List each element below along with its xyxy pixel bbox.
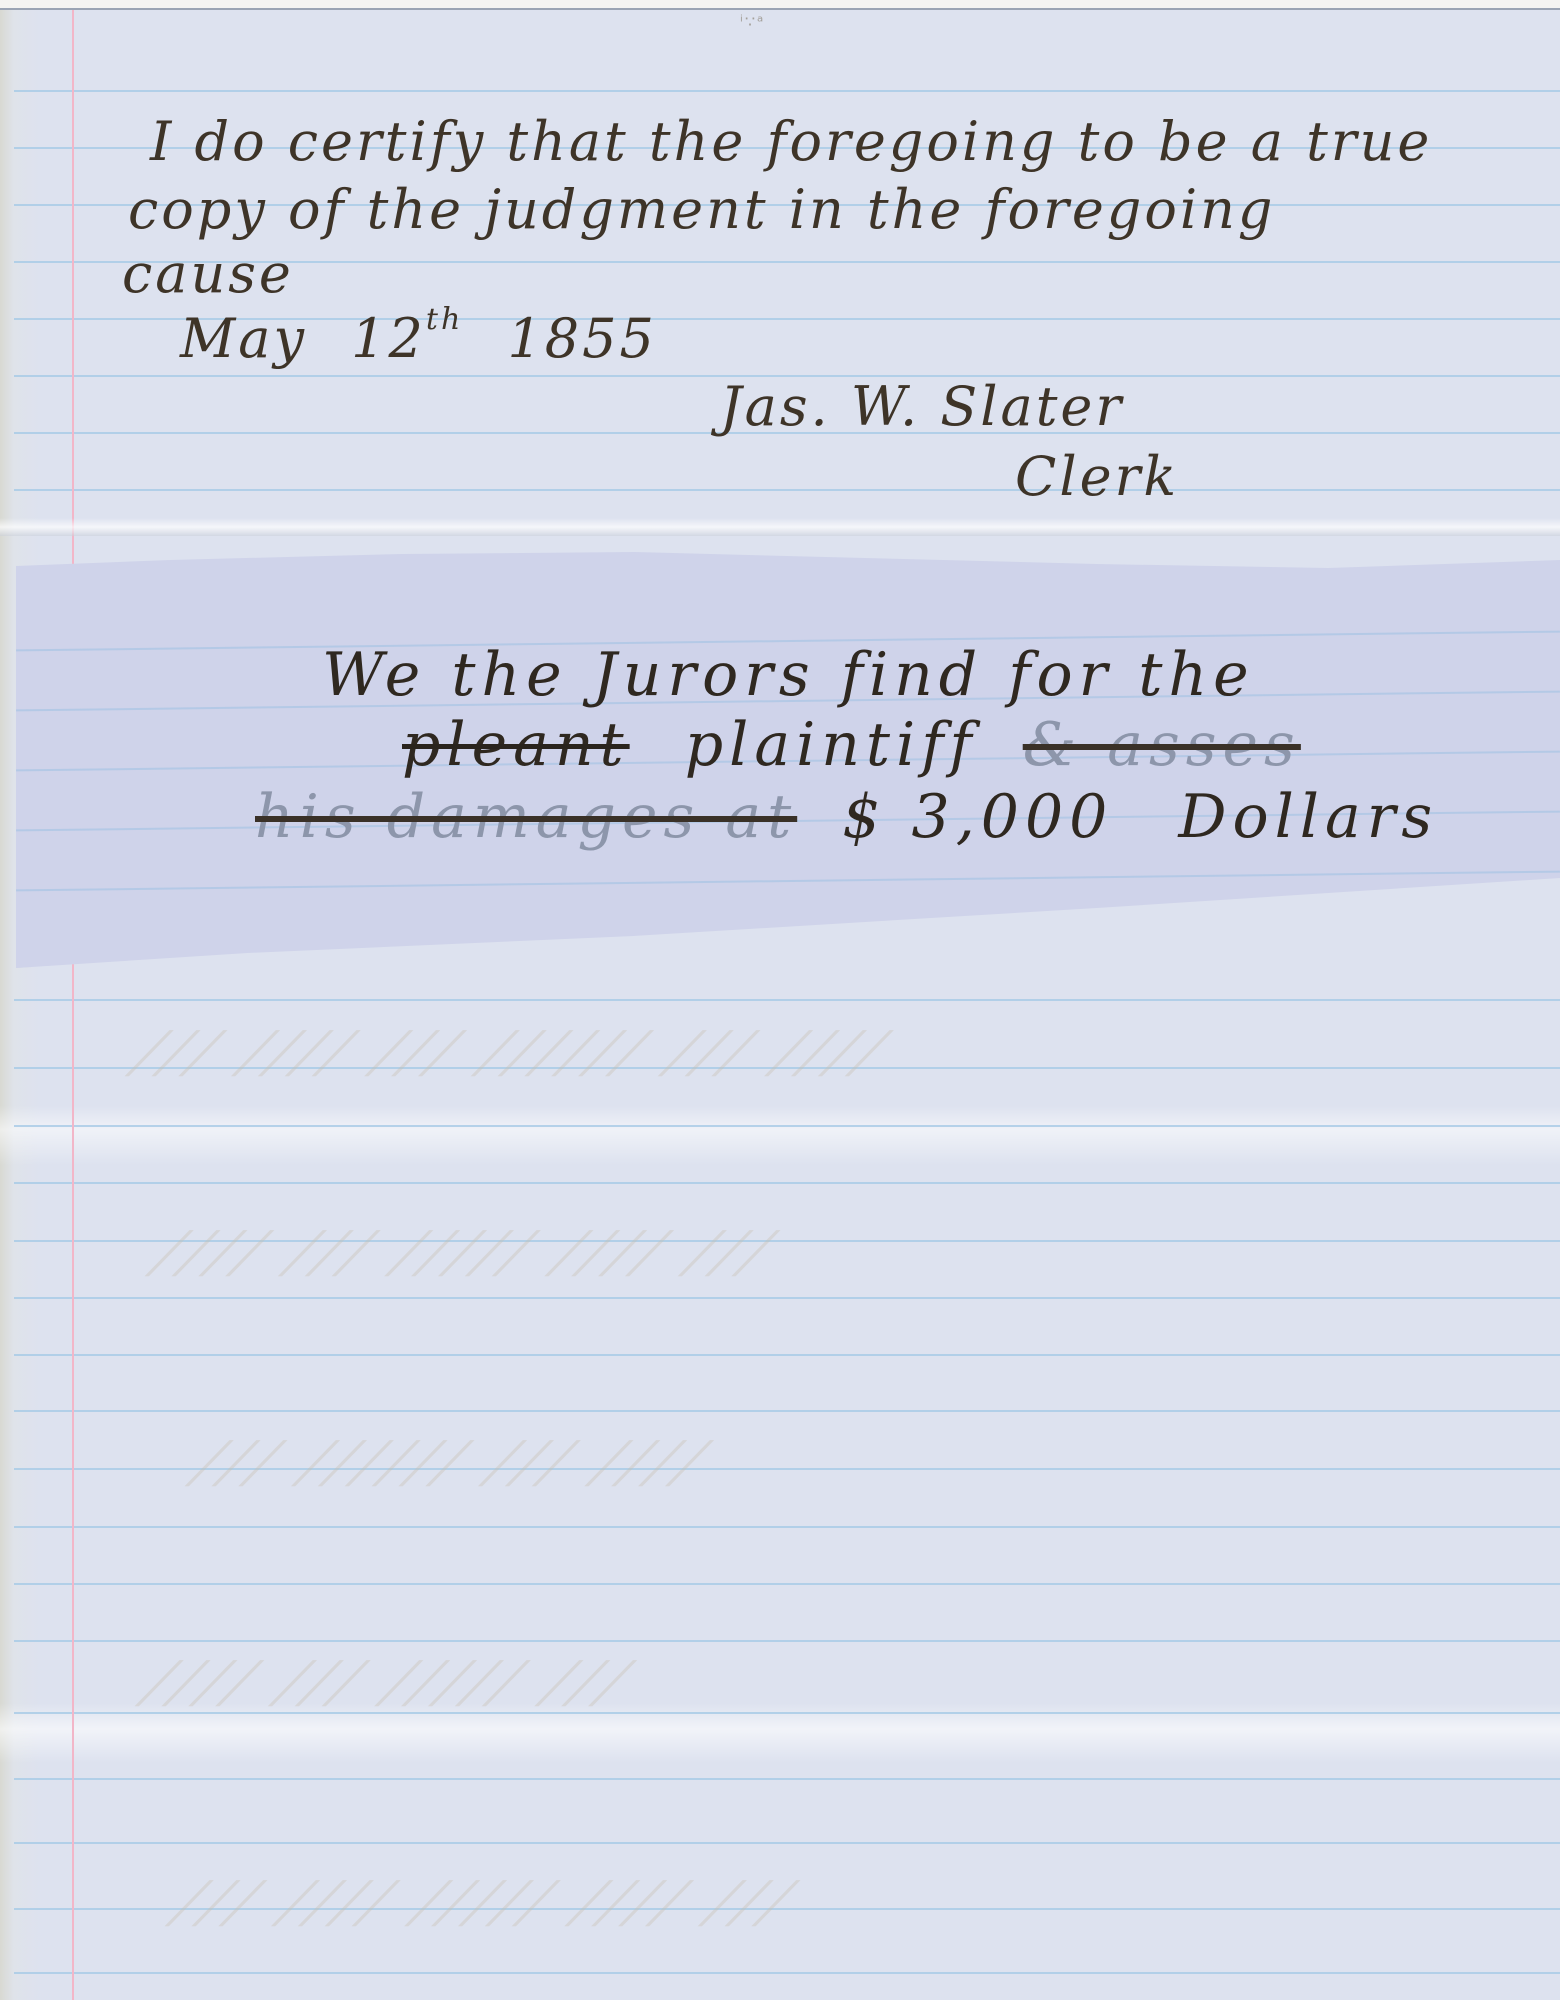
struck-word: pleant: [402, 710, 630, 780]
date-year: 1855: [507, 307, 656, 370]
bleed-through: //// /// ///// ///: [135, 1650, 646, 1715]
top-mark: ⁱ∵ᵃ: [740, 12, 860, 36]
struck-word: & asses: [1023, 710, 1301, 780]
verdict-line-3: his damages at $ 3,000 Dollars: [255, 782, 1438, 852]
struck-word: his damages at: [255, 782, 797, 852]
rule-line: [14, 1583, 1560, 1585]
document-page: ⁱ∵ᵃ /// //// /// ////// /// //// //// //…: [0, 8, 1560, 2000]
date-month: May: [180, 307, 307, 370]
certificate-line-2: copy of the judgment in the foregoing: [128, 178, 1276, 241]
rule-line: [14, 1972, 1560, 1974]
bleed-through: /// ////// /// ////: [185, 1430, 723, 1495]
verdict-line-2: pleant plaintiff & asses: [402, 710, 1301, 780]
bleed-through: //// /// ///// //// ///: [145, 1220, 789, 1285]
rule-line: [14, 1410, 1560, 1412]
verdict-line-1: We the Jurors find for the: [322, 640, 1255, 710]
certificate-line-1: I do certify that the foregoing to be a …: [150, 110, 1432, 173]
rule-line: [14, 489, 1560, 491]
bleed-through: /// //// /// ////// /// ////: [125, 1020, 902, 1085]
rule-line: [14, 1842, 1560, 1844]
certificate-line-3: cause: [122, 242, 294, 305]
clerk-title: Clerk: [1015, 445, 1179, 508]
rule-line: [14, 1297, 1560, 1299]
verdict-amount: $ 3,000: [842, 782, 1113, 852]
rule-line: [14, 1182, 1560, 1184]
margin-line: [72, 10, 74, 2000]
rule-line: [14, 1526, 1560, 1528]
clerk-signature: Jas. W. Slater: [720, 375, 1124, 438]
rule-line: [14, 1354, 1560, 1356]
fold-crease: [0, 518, 1560, 536]
rule-line: [14, 999, 1560, 1001]
rule-line: [14, 1640, 1560, 1642]
rule-line: [14, 90, 1560, 92]
date-day: 12: [351, 307, 426, 370]
bleed-through: /// //// ///// //// ///: [165, 1870, 809, 1935]
verdict-unit: Dollars: [1178, 782, 1438, 852]
rule-line: [14, 1125, 1560, 1127]
certificate-date: May 12th 1855: [180, 302, 657, 370]
rule-line: [14, 1778, 1560, 1780]
date-suffix: th: [426, 302, 463, 337]
verdict-party: plaintiff: [685, 710, 978, 780]
